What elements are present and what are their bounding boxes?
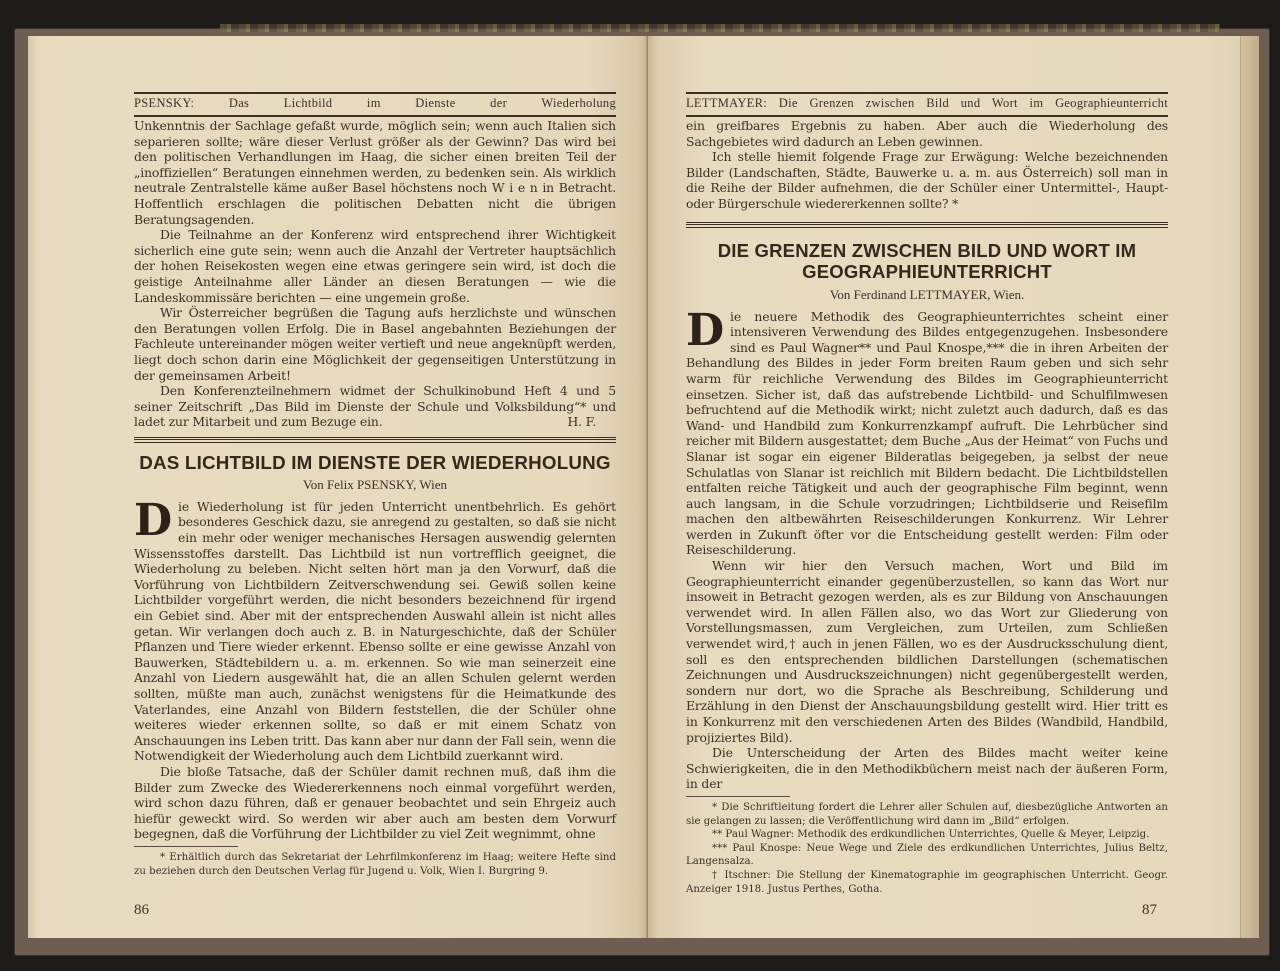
article-title: DAS LICHTBILD IM DIENSTE DER WIEDERHOLUN… xyxy=(134,452,616,473)
article-title-line: DIE GRENZEN ZWISCHEN BILD UND WORT IM xyxy=(718,240,1137,261)
marbled-cover-edge xyxy=(220,24,1220,32)
right-page-body: ein greifbares Ergebnis zu haben. Aber a… xyxy=(686,118,1168,896)
running-head-right: LETTMAYER: Die Grenzen zwischen Bild und… xyxy=(686,92,1168,117)
page-block-edge xyxy=(1240,36,1259,938)
article-byline: Von Ferdinand LETTMAYER, Wien. xyxy=(686,287,1168,303)
dropcap: D xyxy=(686,311,724,351)
right-page: LETTMAYER: Die Grenzen zwischen Bild und… xyxy=(648,36,1258,938)
paragraph: Die Wiederholung ist für jeden Unterrich… xyxy=(134,499,616,764)
paragraph: Den Konferenzteilnehmern widmet der Schu… xyxy=(134,383,616,430)
paragraph: Ich stelle hiemit folgende Frage zur Erw… xyxy=(686,149,1168,211)
footnote: * Die Schriftleitung fordert die Lehrer … xyxy=(686,801,1168,828)
signature: H. F. xyxy=(541,414,596,430)
paragraph: Die neuere Methodik des Geographieunterr… xyxy=(686,309,1168,559)
footnote: † Itschner: Die Stellung der Kinematogra… xyxy=(686,869,1168,896)
footnote: * Erhältlich durch das Sekretariat der L… xyxy=(134,851,616,878)
article-title-line: GEOGRAPHIEUNTERRICHT xyxy=(802,261,1052,282)
section-divider xyxy=(134,437,616,443)
paragraph: Wenn wir hier den Versuch machen, Wort u… xyxy=(686,558,1168,745)
footnote-rule xyxy=(686,796,790,797)
paragraph-text: ie Wiederholung ist für jeden Unterricht… xyxy=(134,499,616,764)
paragraph: ein greifbares Ergebnis zu haben. Aber a… xyxy=(686,118,1168,149)
footnote-rule xyxy=(134,846,238,847)
footnote: ** Paul Wagner: Methodik des erdkundlich… xyxy=(686,828,1168,842)
paragraph-text: ie neuere Methodik des Geographieunterri… xyxy=(686,309,1168,558)
paragraph: Die Teilnahme an der Konferenz wird ents… xyxy=(134,227,616,305)
left-page: PSENSKY: Das Lichtbild im Dienste der Wi… xyxy=(28,36,648,938)
dropcap: D xyxy=(134,501,172,541)
paragraph: Unkenntnis der Sachlage gefaßt wurde, mö… xyxy=(134,118,616,227)
paragraph: Wir Österreicher begrüßen die Tagung auf… xyxy=(134,305,616,383)
paragraph: Die Unterscheidung der Arten des Bildes … xyxy=(686,745,1168,792)
paragraph: Die bloße Tatsache, daß der Schüler dami… xyxy=(134,764,616,842)
article-byline: Von Felix PSENSKY, Wien xyxy=(134,477,616,493)
section-divider xyxy=(686,222,1168,228)
article-title: DIE GRENZEN ZWISCHEN BILD UND WORT IM GE… xyxy=(686,240,1168,282)
running-head-left: PSENSKY: Das Lichtbild im Dienste der Wi… xyxy=(134,92,616,117)
page-number: 87 xyxy=(1142,902,1157,919)
footnote: *** Paul Knospe: Neue Wege und Ziele des… xyxy=(686,842,1168,869)
page-number: 86 xyxy=(134,902,149,919)
left-page-body: Unkenntnis der Sachlage gefaßt wurde, mö… xyxy=(134,118,616,878)
